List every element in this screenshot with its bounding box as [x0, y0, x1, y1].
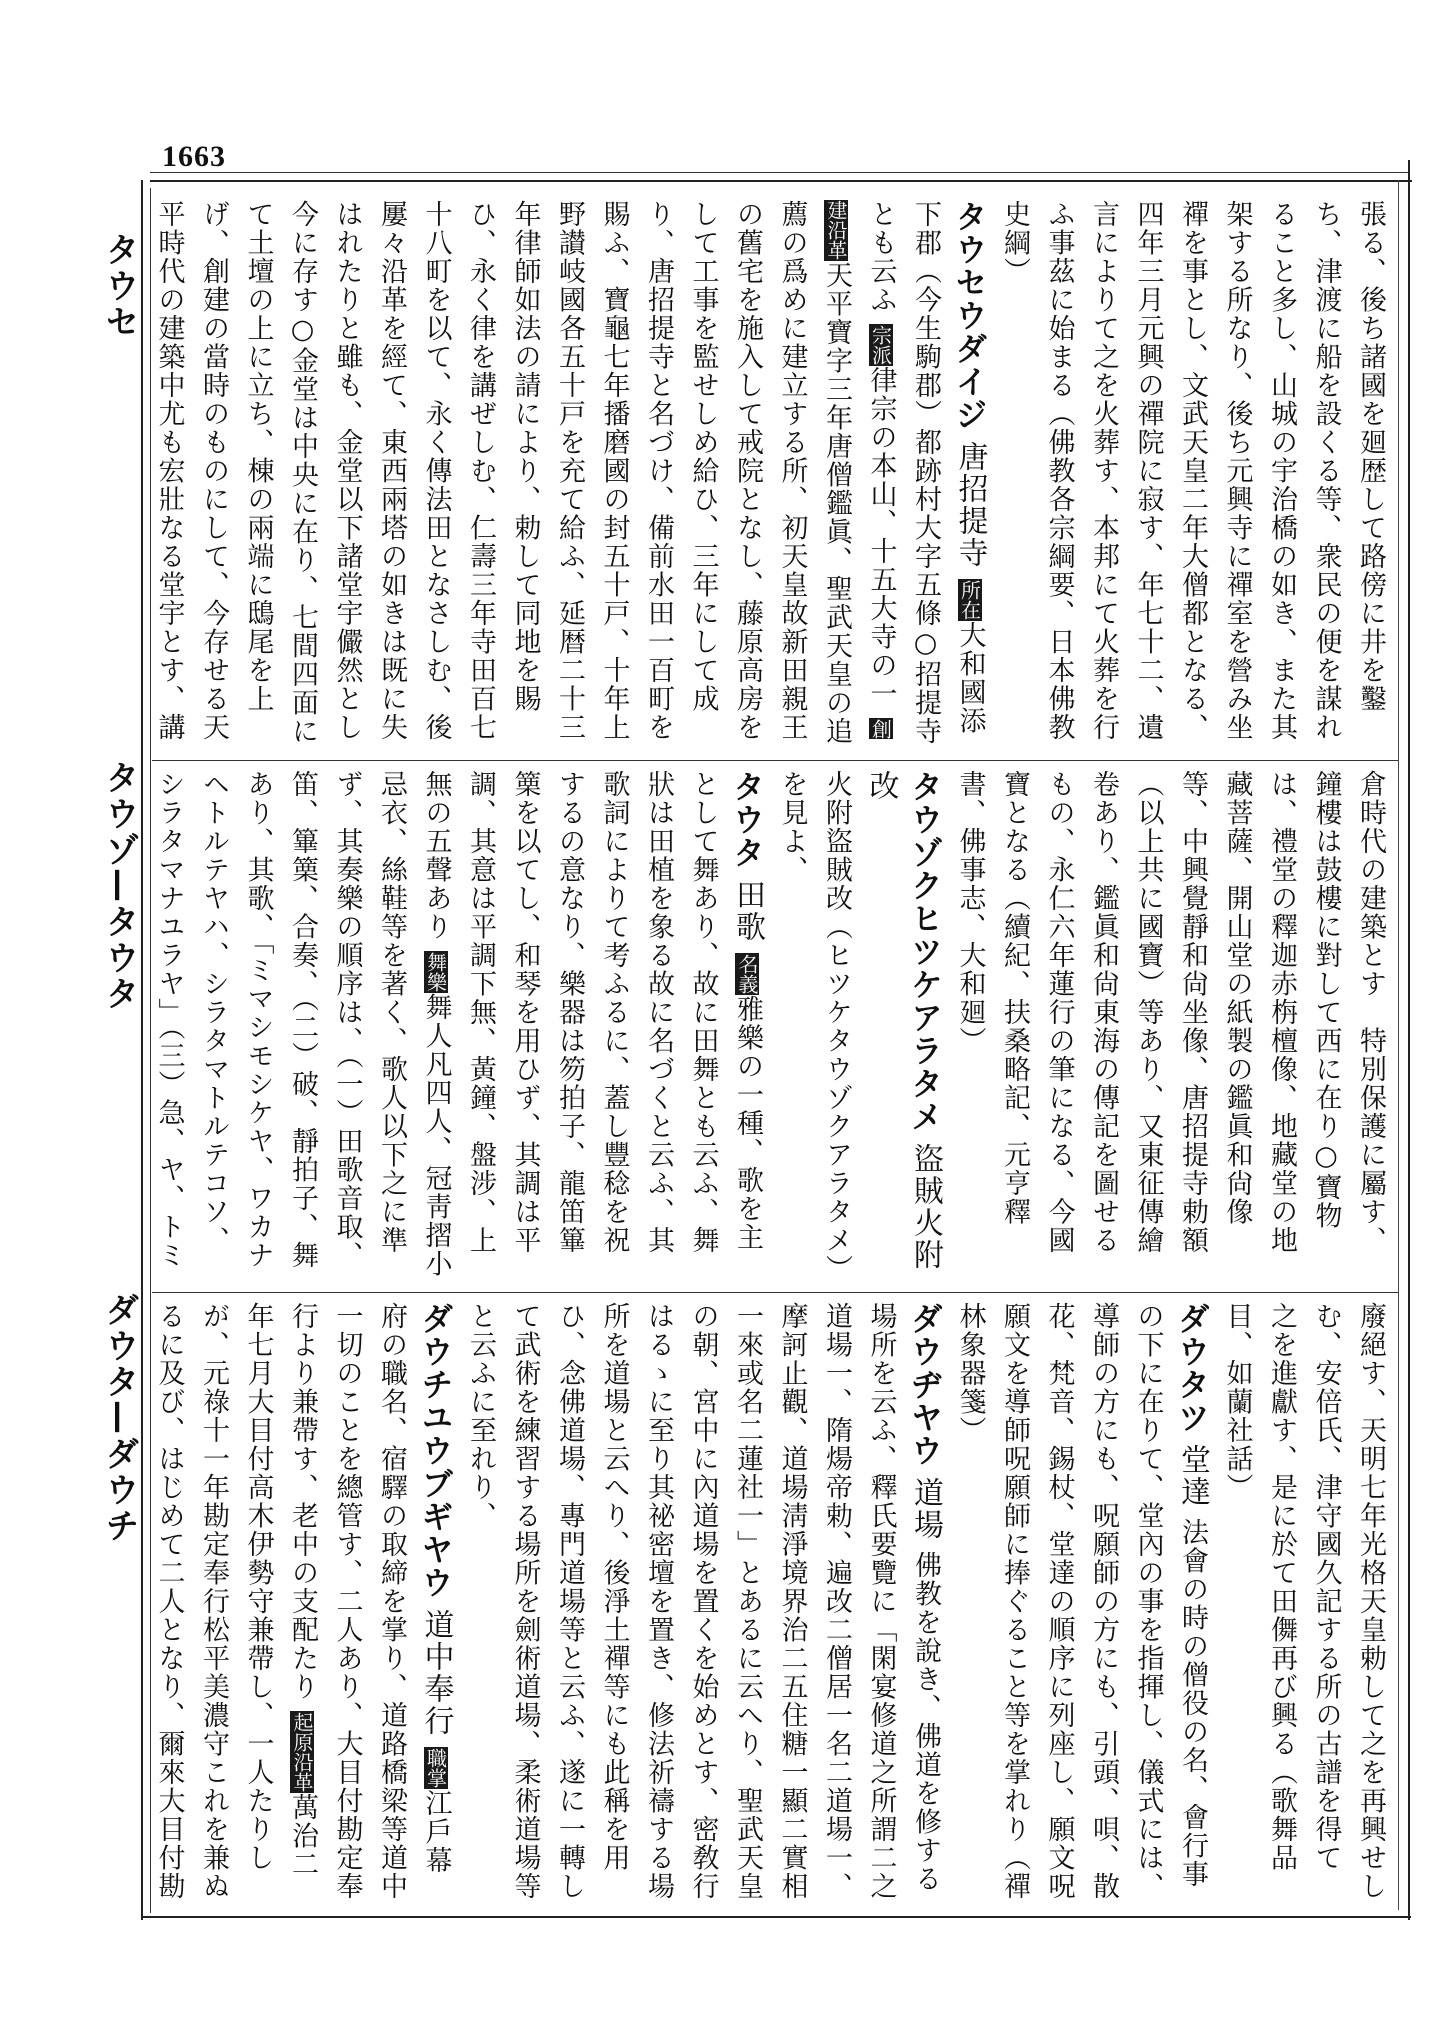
entry-text: 天平寶字三年唐僧鑑眞、聖武天皇の追薦の爲めに建立する所、初天皇故新田親王の舊宅を…	[156, 200, 852, 746]
guide-word-band-2: タウゾ—タウタ	[95, 760, 144, 1012]
entry-dautatsu: ダウタツ 堂達 法會の時の僧役の名、會行事の下に在りて、堂內の事を指揮し、儀式に…	[955, 1302, 1209, 1901]
headword: ダウタツ	[1173, 1302, 1211, 1434]
top-rule-thick	[150, 180, 1412, 182]
headword: ダウチユウブギヤウ	[417, 1302, 455, 1599]
entry-tausedaiji: タウセウダイジ 唐招提寺 所在大和國添下郡（今生駒郡）都跡村大字五條○招提寺とも…	[156, 200, 986, 746]
tag-label: 宗派	[869, 324, 893, 366]
headword: タウタ	[728, 770, 766, 869]
headword-kanji: 唐招提寺	[953, 441, 988, 569]
entry-daudiyau: ダウヂヤウ 道場 佛教を說き、佛道を修する場所を云ふ、釋氏要覽に「閑宴修道之所謂…	[465, 1302, 941, 1901]
headword-kanji: 田歌	[730, 879, 765, 943]
tag-label: 名義	[735, 953, 759, 995]
headword-kanji: 堂達	[1175, 1444, 1210, 1508]
entry-text: 佛教を說き、佛道を修する場所を云ふ、釋氏要覽に「閑宴修道之所謂二之道場一、隋煬帝…	[465, 1302, 941, 1901]
entry-text: 倉時代の建築とす 特別保護に屬す、鐘樓は鼓樓に對して西に在り○寶物は、禮堂の釋迦…	[955, 770, 1387, 1255]
frame-right-border	[1408, 160, 1410, 1920]
band-1: 張る、後ち諸國を廻歴して路傍に井を鑿ち、津渡に船を設くる等、衆民の便を謀れること…	[156, 200, 1392, 748]
band-divider	[152, 1292, 1398, 1293]
entry-text: 火附盜賊改（ヒツケタウゾクアラタメ）を見よ、	[777, 770, 853, 1270]
entry-text: 廢絕す、天明七年光格天皇勅して之を再興せしむ、安倍氏、津守國久記する所の古譜を得…	[1222, 1302, 1387, 1901]
frame-left-border	[141, 180, 143, 1920]
headword: ダウヂヤウ	[906, 1302, 944, 1467]
top-rule	[150, 172, 1410, 173]
guide-word-band-1: タウセ	[95, 232, 144, 340]
guide-word-band-3: ダウタ—ダウチ	[95, 1292, 144, 1544]
frame-left-inner-border	[150, 188, 151, 1913]
frame-right-inner-border	[1398, 180, 1399, 1910]
headword: タウゾクヒツケアラタメ	[906, 770, 944, 1133]
band-3: 廢絕す、天明七年光格天皇勅して之を再興せしむ、安倍氏、津守國久記する所の古譜を得…	[156, 1302, 1392, 1902]
entry-text: 舞人凡四人、冠靑摺小忌衣、絲鞋等を著く、歌人以下之に準ず、其奏樂の順序は、（一）…	[156, 770, 452, 1278]
headword: タウセウダイジ	[951, 200, 989, 431]
tag-label: 所在	[958, 579, 982, 621]
page-number: 1663	[162, 140, 226, 174]
entry-continuation: 倉時代の建築とす 特別保護に屬す、鐘樓は鼓樓に對して西に在り○寶物は、禮堂の釋迦…	[955, 770, 1387, 1255]
band-2: 倉時代の建築とす 特別保護に屬す、鐘樓は鼓樓に對して西に在り○寶物は、禮堂の釋迦…	[156, 770, 1392, 1280]
tag-label: 起原沿革	[290, 1711, 314, 1793]
entry-text: 律宗の本山、十五大寺の一	[866, 366, 897, 708]
frame-bottom-border	[141, 1916, 1411, 1918]
tag-label: 舞樂	[424, 951, 448, 993]
headword-kanji: 道中奉行	[419, 1609, 454, 1737]
entry-tauzoku-hitsuke-aratame: タウゾクヒツケアラタメ 盜賊火附改 火附盜賊改（ヒツケタウゾクアラタメ）を見よ、	[777, 770, 942, 1271]
entry-text: 雅樂の一種、歌を主として舞あり、故に田舞とも云ふ、舞狀は田植を象る故に名づくと云…	[421, 770, 764, 1255]
entry-text: 法會の時の僧役の名、會行事の下に在りて、堂內の事を指揮し、儀式には、導師の方にも…	[955, 1302, 1209, 1901]
headword-kanji: 道場	[908, 1477, 943, 1541]
entry-dauchiyuu-bugiyau: ダウチユウブギヤウ 道中奉行 職掌江戶幕府の職名、宿驛の取締を掌り、道路橋梁等道…	[156, 1302, 452, 1901]
band-divider	[152, 760, 1398, 761]
entry-continuation: 廢絕す、天明七年光格天皇勅して之を再興せしむ、安倍氏、津守國久記する所の古譜を得…	[1222, 1302, 1387, 1901]
entry-tauta: タウタ 田歌 名義雅樂の一種、歌を主として舞あり、故に田舞とも云ふ、舞狀は田植を…	[156, 770, 763, 1278]
tag-label: 職掌	[424, 1747, 448, 1789]
entry-continuation: 張る、後ち諸國を廻歴して路傍に井を鑿ち、津渡に船を設くる等、衆民の便を謀れること…	[999, 200, 1386, 742]
entry-text: 張る、後ち諸國を廻歴して路傍に井を鑿ち、津渡に船を設くる等、衆民の便を謀れること…	[999, 200, 1386, 742]
